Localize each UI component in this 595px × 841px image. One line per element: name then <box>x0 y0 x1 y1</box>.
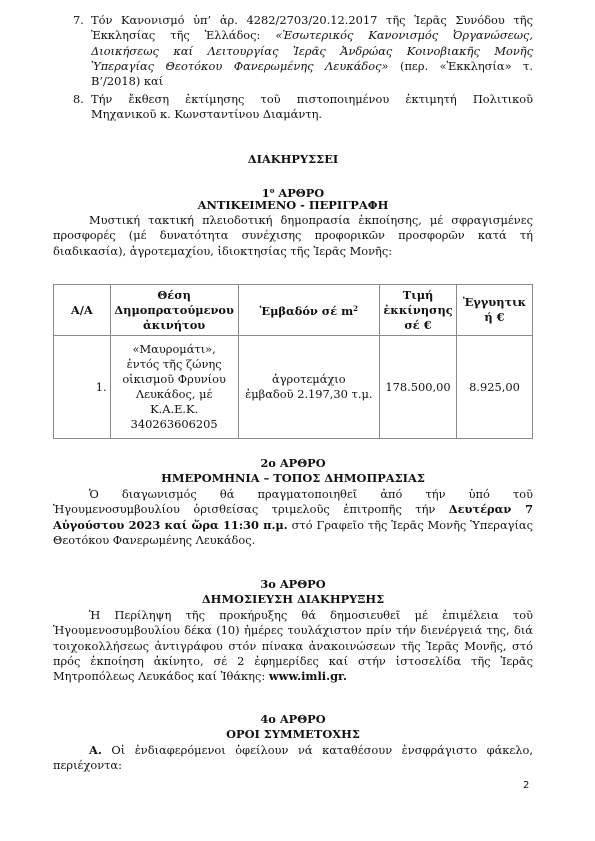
article-4-heading: 4ο ΑΡΘΡΟ <box>53 712 533 727</box>
text-span: Ἡγουμενοσυμβουλίου ὁρισθείσας τριμελοῦς … <box>53 502 449 516</box>
cell-guarantee: 8.925,00 <box>457 336 533 439</box>
page-number: 2 <box>523 780 529 791</box>
body-line: Ἡγουμενοσυμβουλίου δέκα (10) ἡμέρες τουλ… <box>53 623 533 638</box>
article-4-body: Α. Οἱ ἐνδιαφερόμενοι ὀφείλουν νά καταθέσ… <box>53 743 533 774</box>
header-guarantee: Ἐγγυητικ ή € <box>457 285 533 336</box>
cell-line: ἐμβαδοῦ 2.197,30 τ.μ. <box>242 387 376 402</box>
list-item-8: 8. Τήν ἔκθεση ἐκτίμησης τοῦ πιστοποιημέν… <box>91 92 533 123</box>
superscript: 2 <box>353 304 358 313</box>
item-7-line: Β’/2018) καί <box>91 74 533 89</box>
article-2-body: Ὁ διαγωνισμός θά πραγματοποιηθεῖ ἀπό τήν… <box>53 487 533 548</box>
article-3-heading: 3ο ΑΡΘΡΟ <box>53 577 533 592</box>
cell-line: ἀγροτεμάχιο <box>242 372 376 387</box>
text-span: στό Γραφεῖο τῆς Ἱερᾶς Μονῆς Ὑπεραγίας <box>288 518 533 532</box>
article-1-title: ΑΝΤΙΚΕΙΜΕΝΟ - ΠΕΡΙΓΡΑΦΗ <box>53 198 533 213</box>
text-span: (περ. «Ἐκκλησία» τ. <box>388 59 533 73</box>
item-7-line: Ὑπεραγίας Θεοτόκου Φανερωμένης Λευκάδος»… <box>91 59 533 74</box>
cell-area: ἀγροτεμάχιο ἐμβαδοῦ 2.197,30 τ.μ. <box>238 336 379 439</box>
item-7-line: Ἐκκλησίας τῆς Ἑλλάδος: «Ἐσωτερικός Κανον… <box>91 28 533 43</box>
property-table: Α/Α Θέση Δημοπρατούμενου ἀκινήτου Ἐμβαδό… <box>53 284 533 439</box>
declares-heading: ΔΙΑΚΗΡΥΣΣΕΙ <box>53 152 533 167</box>
table-header-row: Α/Α Θέση Δημοπρατούμενου ἀκινήτου Ἐμβαδό… <box>54 285 533 336</box>
cell-line: οἰκισμοῦ Φρυνίου <box>114 372 235 387</box>
cell-location: «Μαυρομάτι», ἐντός τῆς ζώνης οἰκισμοῦ Φρ… <box>110 336 238 439</box>
body-line: Θεοτόκου Φανερωμένης Λευκάδος. <box>53 533 533 548</box>
cell-line: 340263606205 <box>114 417 235 432</box>
list-number: 7. <box>73 13 84 28</box>
cell-line: ἐντός τῆς ζώνης <box>114 357 235 372</box>
cell-price: 178.500,00 <box>380 336 457 439</box>
article-3-title: ΔΗΜΟΣΙΕΥΣΗ ΔΙΑΚΗΡΥΞΗΣ <box>53 592 533 607</box>
cell-line: Κ.Α.Ε.Κ. <box>114 402 235 417</box>
cell-line: «Μαυρομάτι», <box>114 342 235 357</box>
body-line: τοιχοκολλήσεως ἀντιγράφου στόν πίνακα ἀν… <box>53 639 533 654</box>
header-line: ἐκκίνησης <box>383 303 453 318</box>
header-text: Ἐμβαδόν σέ m <box>260 304 354 318</box>
cell-aa: 1. <box>54 336 111 439</box>
body-line: διαδικασία), ἀγροτεμαχίου, ἰδιοκτησίας τ… <box>53 244 533 259</box>
text-span: Οἱ ἐνδιαφερόμενοι ὀφείλουν νά καταθέσουν… <box>102 743 533 757</box>
list-item-7: 7. Τόν Κανονισμό ὑπ’ ἀρ. 4282/2703/20.12… <box>91 13 533 89</box>
body-line: Α. Οἱ ἐνδιαφερόμενοι ὀφείλουν νά καταθέσ… <box>53 743 533 758</box>
item-8-line: Μηχανικοῦ κ. Κωνσταντίνου Διαμάντη. <box>91 107 533 122</box>
bold-date: Αὐγούστου 2023 καί ὥρα 11:30 π.μ. <box>53 518 288 532</box>
body-line: Αὐγούστου 2023 καί ὥρα 11:30 π.μ. στό Γρ… <box>53 518 533 533</box>
header-location: Θέση Δημοπρατούμενου ἀκινήτου <box>110 285 238 336</box>
item-7-line: Τόν Κανονισμό ὑπ’ ἀρ. 4282/2703/20.12.20… <box>91 13 533 28</box>
body-line: Ὁ διαγωνισμός θά πραγματοποιηθεῖ ἀπό τήν… <box>53 487 533 502</box>
website-link[interactable]: www.imli.gr. <box>269 669 347 683</box>
header-line: σέ € <box>383 318 453 333</box>
text-span: Ἐκκλησίας τῆς Ἑλλάδος: <box>91 28 275 42</box>
header-area: Ἐμβαδόν σέ m2 <box>238 285 379 336</box>
article-3-body: Ἡ Περίληψη τῆς προκήρυξης θά δημοσιευθεῖ… <box>53 608 533 684</box>
cell-line: Λευκάδος, μέ <box>114 387 235 402</box>
item-7-line: Διοικήσεως καί Λειτουργίας Ἱερᾶς Ἀνδρώας… <box>91 44 533 59</box>
italic-span: «Ἐσωτερικός Κανονισμός Ὀργανώσεως, <box>275 28 533 42</box>
bold-date: Δευτέραν 7 <box>449 502 533 516</box>
article-4-title: ΟΡΟΙ ΣΥΜΜΕΤΟΧΗΣ <box>53 727 533 742</box>
header-line: ἀκινήτου <box>114 318 235 333</box>
header-line: Τιμή <box>383 288 453 303</box>
header-line: Θέση <box>114 288 235 303</box>
list-number: 8. <box>73 92 84 107</box>
document-page: 7. Τόν Κανονισμό ὑπ’ ἀρ. 4282/2703/20.12… <box>0 0 595 841</box>
italic-span: Ὑπεραγίας Θεοτόκου Φανερωμένης Λευκάδος» <box>91 59 388 73</box>
body-line: περιέχοντα: <box>53 758 533 773</box>
article-1-body: Μυστική τακτική πλειοδοτική δημοπρασία ἐ… <box>53 213 533 259</box>
text-span: Μητροπόλεως Λευκάδος καί Ἰθάκης: <box>53 669 269 683</box>
clause-label: Α. <box>89 743 102 757</box>
body-line: προσφορές (μέ δυνατότητα συνέχισης προφο… <box>53 228 533 243</box>
header-line: Δημοπρατούμενου <box>114 303 235 318</box>
header-line: ή € <box>460 310 529 325</box>
header-line: Ἐγγυητικ <box>460 295 529 310</box>
item-8-line: Τήν ἔκθεση ἐκτίμησης τοῦ πιστοποιημένου … <box>91 92 533 107</box>
header-price: Τιμή ἐκκίνησης σέ € <box>380 285 457 336</box>
body-line: Μητροπόλεως Λευκάδος καί Ἰθάκης: www.iml… <box>53 669 533 684</box>
article-2-heading: 2ο ΑΡΘΡΟ <box>53 456 533 471</box>
body-line: πρός ἐκποίηση ἀκίνητο, σέ 2 ἐφημερίδες κ… <box>53 654 533 669</box>
table-row: 1. «Μαυρομάτι», ἐντός τῆς ζώνης οἰκισμοῦ… <box>54 336 533 439</box>
header-aa: Α/Α <box>54 285 111 336</box>
body-line: Ἡ Περίληψη τῆς προκήρυξης θά δημοσιευθεῖ… <box>53 608 533 623</box>
body-line: Ἡγουμενοσυμβουλίου ὁρισθείσας τριμελοῦς … <box>53 502 533 517</box>
body-line: Μυστική τακτική πλειοδοτική δημοπρασία ἐ… <box>53 213 533 228</box>
article-2-title: ΗΜΕΡΟΜΗΝΙΑ – ΤΟΠΟΣ ΔΗΜΟΠΡΑΣΙΑΣ <box>53 471 533 486</box>
